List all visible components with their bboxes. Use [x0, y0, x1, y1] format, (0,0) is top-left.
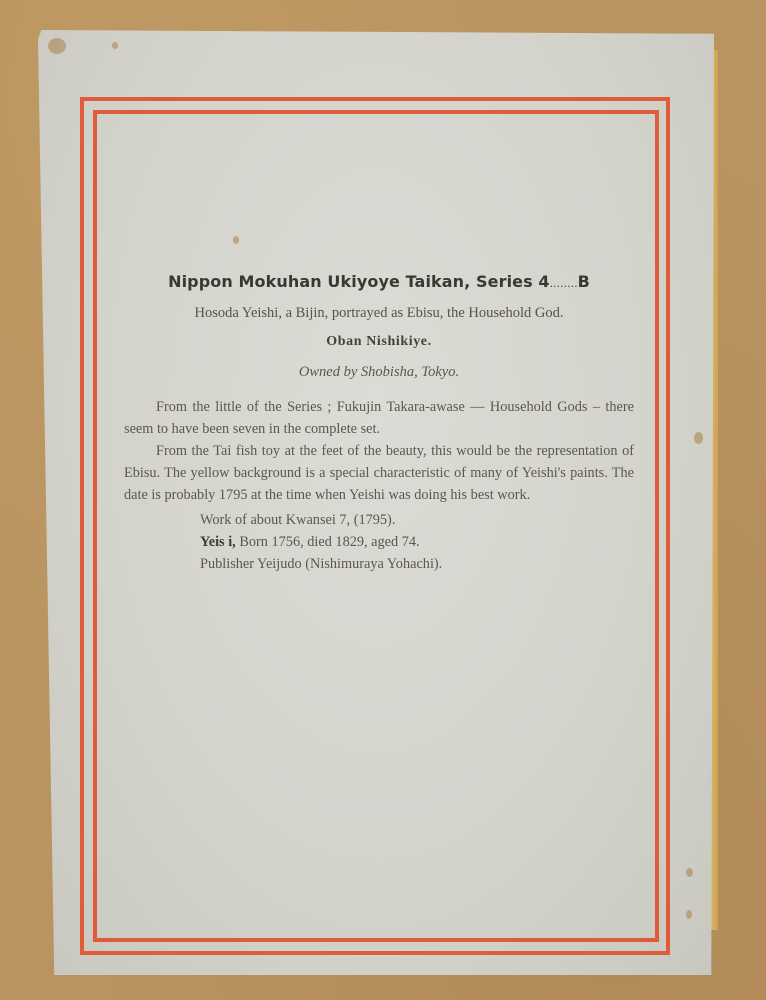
- owner-line: Owned by Shobisha, Tokyo.: [124, 364, 634, 381]
- stain-mark: [686, 868, 693, 877]
- work-date-note: Work of about Kwansei 7, (1795).: [200, 509, 634, 531]
- stain-mark: [694, 432, 703, 444]
- title-suffix: B: [578, 272, 590, 291]
- title-text: Nippon Mokuhan Ukiyoye Taikan, Series 4: [168, 272, 550, 291]
- stain-mark: [48, 38, 66, 54]
- publisher-note: Publisher Yeijudo (Nishimuraya Yohachi).: [200, 553, 634, 575]
- paragraph-description: From the Tai fish toy at the feet of the…: [124, 440, 634, 506]
- artist-note: Yeis i, Born 1756, died 1829, aged 74.: [200, 531, 634, 553]
- print-format: Oban Nishikiye.: [124, 334, 634, 350]
- document-body: Nippon Mokuhan Ukiyoye Taikan, Series 4.…: [124, 272, 634, 575]
- attribution-notes: Work of about Kwansei 7, (1795). Yeis i,…: [124, 509, 634, 575]
- stain-mark: [112, 42, 118, 49]
- paragraph-series: From the little of the Series ; Fukujin …: [124, 396, 634, 440]
- artist-name: Yeis i,: [200, 534, 236, 550]
- stain-mark: [686, 910, 692, 919]
- document-title: Nippon Mokuhan Ukiyoye Taikan, Series 4.…: [124, 272, 634, 291]
- artist-dates: Born 1756, died 1829, aged 74.: [236, 534, 420, 550]
- document-subtitle: Hosoda Yeishi, a Bijin, portrayed as Ebi…: [124, 305, 634, 322]
- title-leader: ........: [550, 277, 578, 290]
